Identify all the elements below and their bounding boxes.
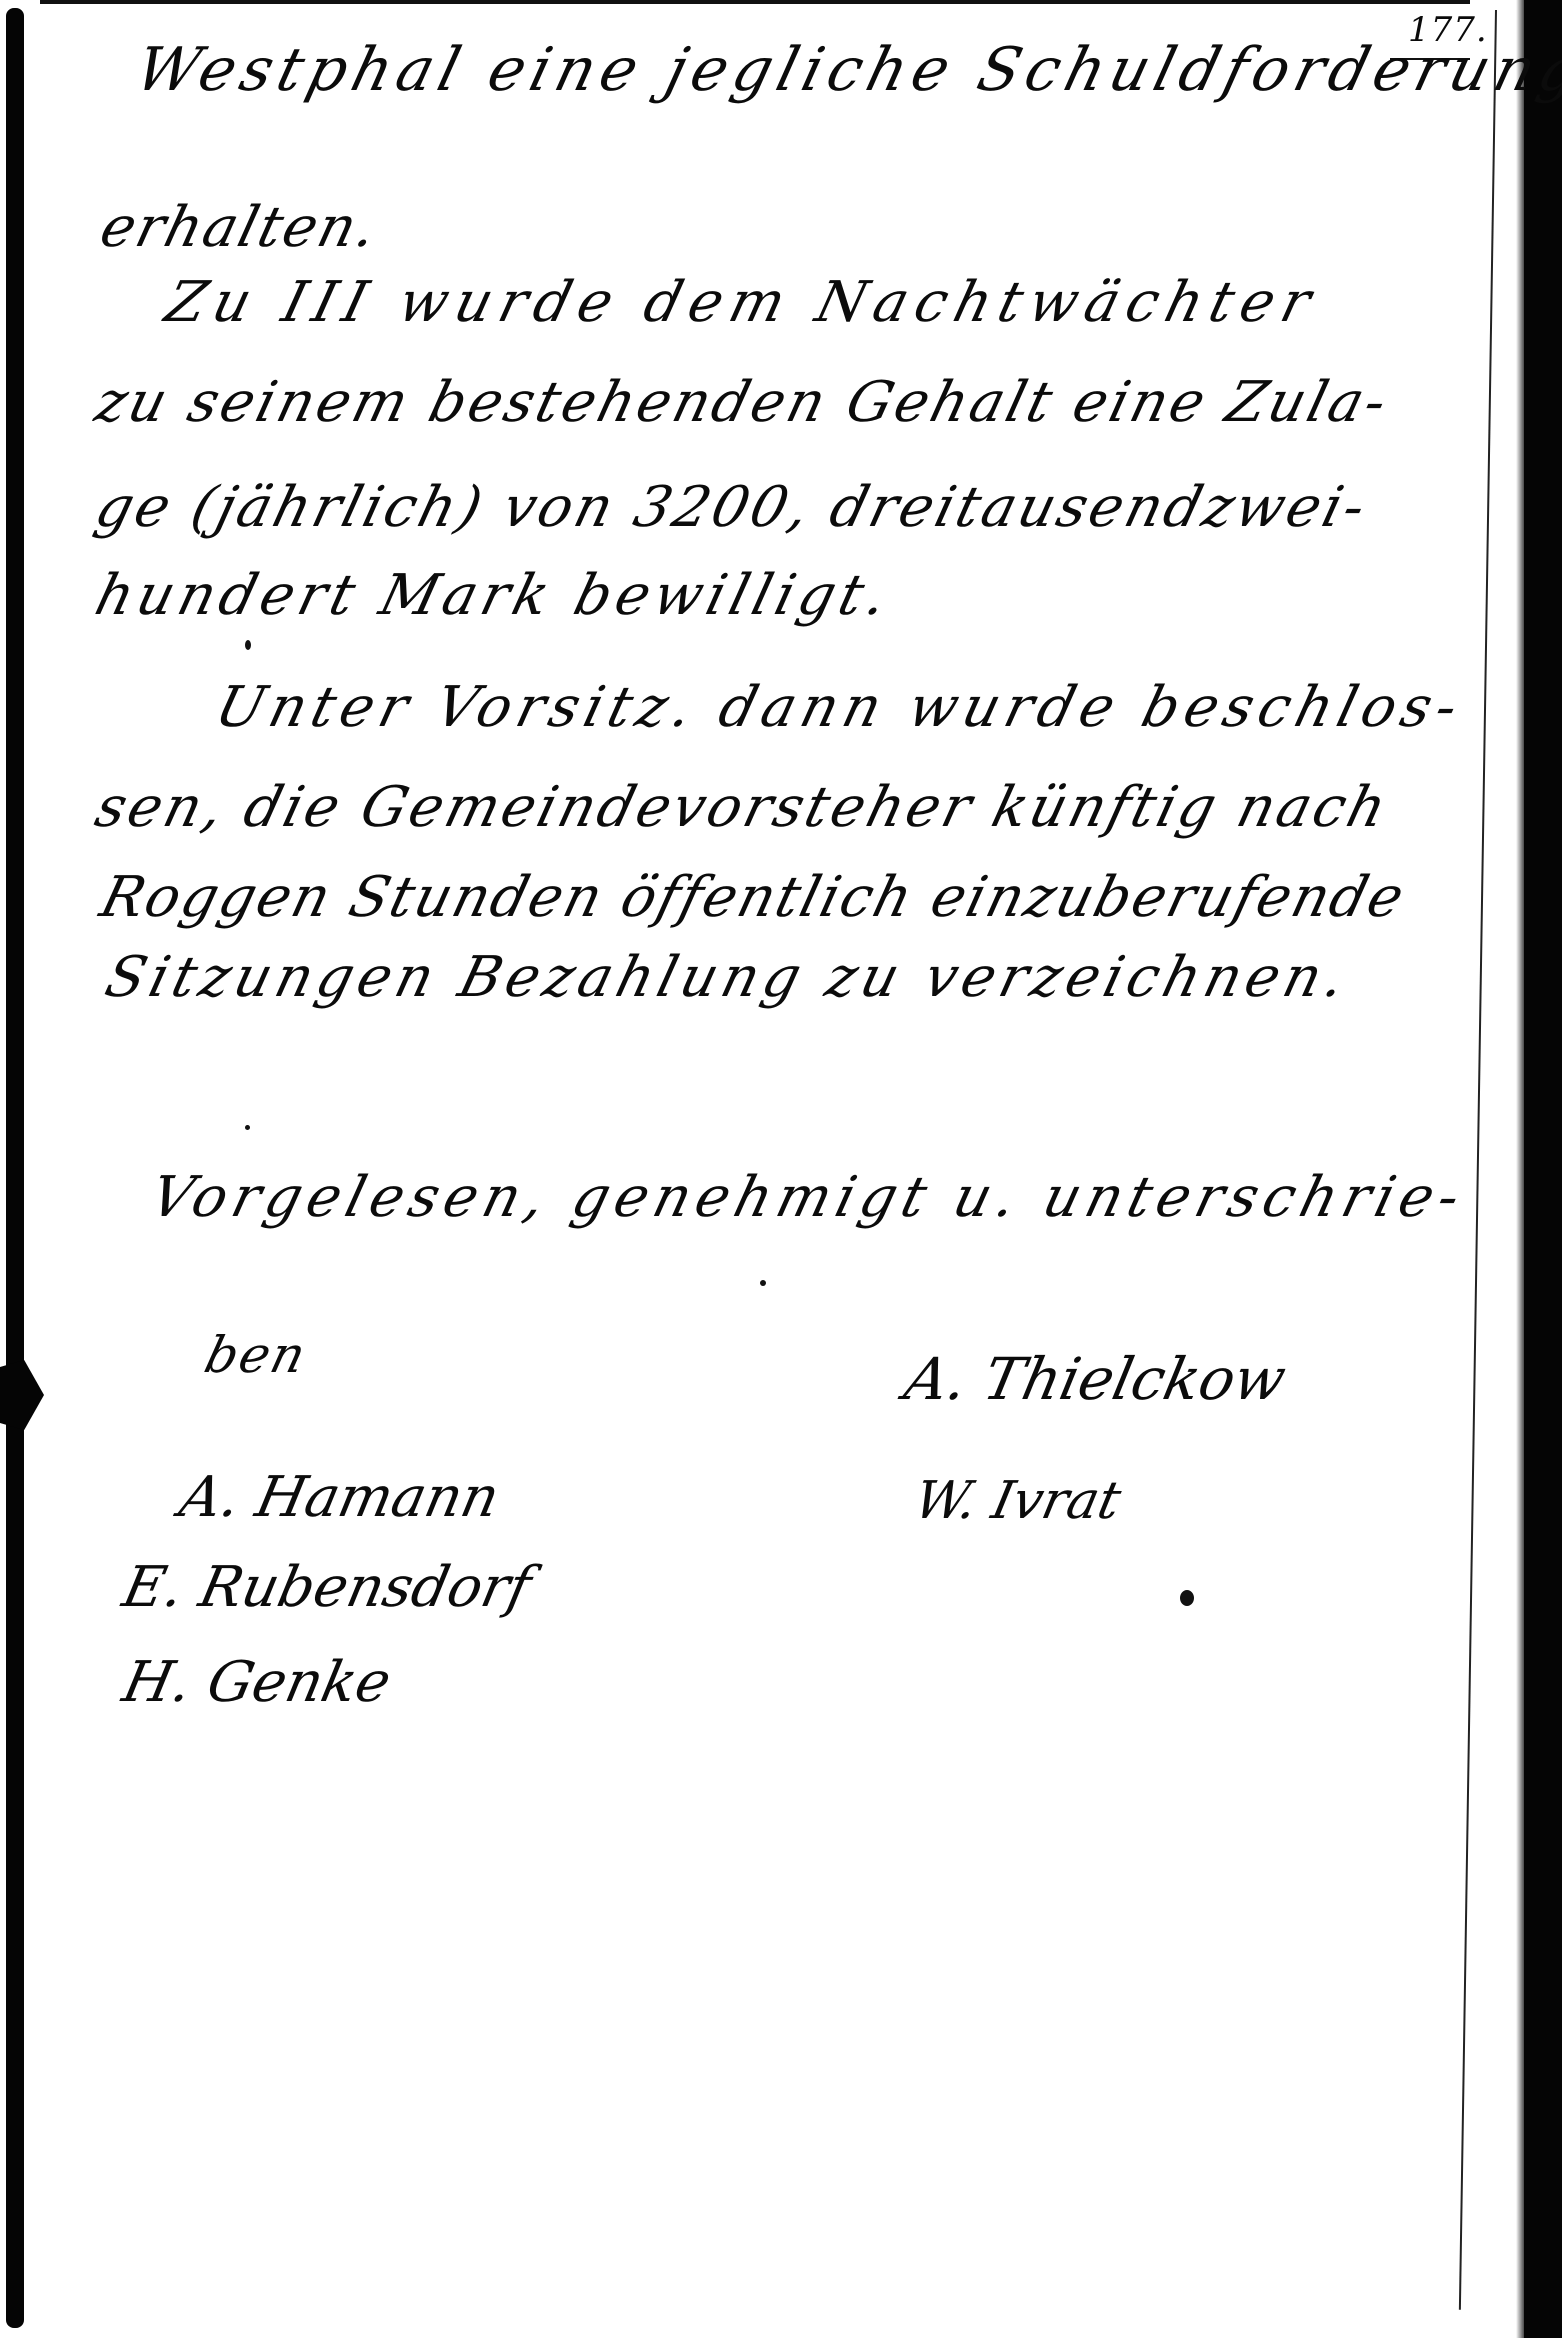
text-line-11: Vorgelesen, genehmigt u. unterschrie-: [145, 1170, 1471, 1226]
text-line-7: Unter Vorsitz. dann wurde beschlos-: [210, 680, 1469, 736]
page-margin-rule: [1459, 10, 1497, 2310]
ink-speck: [245, 640, 251, 650]
signature-right-1: A. Thielckow: [900, 1350, 1291, 1408]
scan-binding-mark: [0, 1360, 44, 1430]
signature-left-3: H. Genke: [118, 1655, 395, 1711]
scan-right-shadow: [1524, 0, 1562, 2338]
text-line-1: Westphal eine jegliche Schuldforderung: [130, 40, 1562, 100]
signature-right-2: W. Ivrat: [910, 1475, 1125, 1527]
text-line-2: erhalten.: [95, 200, 384, 256]
signature-left-1: A. Hamann: [175, 1470, 504, 1526]
ink-speck: [1180, 1590, 1194, 1606]
text-line-5: ge (jährlich) von 3200, dreitausendzwei-: [90, 480, 1373, 536]
text-line-9: Roggen Stunden öffentlich einzuberufende: [95, 870, 1411, 926]
text-line-6: hundert Mark bewilligt.: [90, 568, 897, 624]
text-line-8: sen, die Gemeindevorsteher künftig nach: [90, 780, 1394, 836]
text-line-10: Sitzungen Bezahlung zu verzeichnen.: [100, 950, 1355, 1006]
ink-speck: [245, 1125, 250, 1130]
signature-left-2: E. Rubensdorf: [118, 1560, 535, 1616]
ink-speck: [760, 1280, 766, 1286]
scan-top-edge: [40, 0, 1470, 4]
text-line-12: ben: [200, 1330, 312, 1380]
scan-left-binding-edge: [6, 8, 24, 2328]
text-line-3: Zu III wurde dem Nachtwächter: [160, 275, 1324, 331]
text-line-4: zu seinem bestehenden Gehalt eine Zula-: [90, 375, 1395, 431]
